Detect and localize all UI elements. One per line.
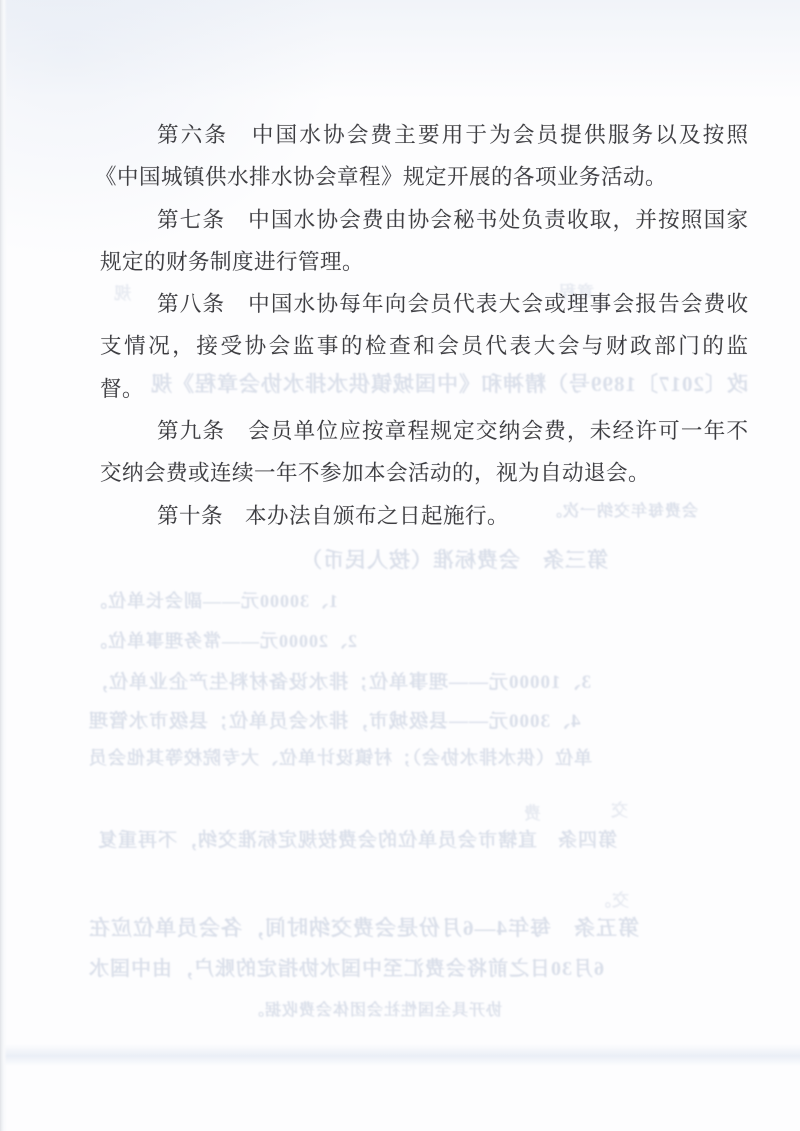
bleedthrough-text-line: 3、10000元——理事单位；排水设备材料生产企业单位， <box>88 667 591 694</box>
text-line: 《中国城镇供水排水协会章程》规定开展的各项业务活动。 <box>95 156 748 198</box>
bleedthrough-text-line: 单位（供水排水协会）；村镇设计单位、大专院校等其他会员 <box>88 744 592 770</box>
text-line: 交纳会费或连续一年不参加本会活动的，视为自动退会。 <box>100 452 748 494</box>
text-line: 第八条 中国水协每年向会员代表大会或理事会报告会费收 <box>100 283 748 325</box>
bleedthrough-text-line: 费 <box>523 799 541 824</box>
scanned-document-page: 规章程改〔2017〕1899号）精神和《中国城镇供水排水协会章程》规会费每年交纳… <box>0 0 800 1131</box>
bleedthrough-text-line: 第三条 会费标准（按人民币） <box>300 544 608 574</box>
text-line: 第六条 中国水协会费主要用于为会员提供服务以及按照 <box>100 114 748 156</box>
paragraph: 第十条 本办法自颁布之日起施行。 <box>100 495 748 537</box>
paragraph: 第九条 会员单位应按章程规定交纳会费，未经许可一年不交纳会费或连续一年不参加本会… <box>100 410 748 495</box>
text-line: 第十条 本办法自颁布之日起施行。 <box>100 495 748 537</box>
bleedthrough-text-line: 交。 <box>593 886 629 911</box>
scan-tint-bottom <box>0 1044 800 1066</box>
bleedthrough-text-line: 6月30日之前将会费汇至中国水协指定的账户，由中国水 <box>88 952 604 981</box>
bleedthrough-text-line: 4、3000元——县级城市，排水会员单位；县级市水管理 <box>88 706 581 733</box>
scan-edge-shadow <box>0 0 7 1131</box>
bleedthrough-text-line: 1、30000元——副会长单位。 <box>88 587 338 613</box>
bleedthrough-text-line: 第四条 直辖市会员单位的会费按规定标准交纳，不再重复 <box>97 825 617 852</box>
paragraph: 第八条 中国水协每年向会员代表大会或理事会报告会费收支情况，接受协会监事的检查和… <box>100 283 748 410</box>
text-line: 督。 <box>100 368 748 410</box>
text-line: 第七条 中国水协会费由协会秘书处负责收取，并按照国家 <box>100 199 748 241</box>
document-text-body: 第六条 中国水协会费主要用于为会员提供服务以及按照《中国城镇供水排水协会章程》规… <box>100 114 748 537</box>
text-line: 支情况，接受协会监事的检查和会员代表大会与财政部门的监 <box>100 325 748 367</box>
bleedthrough-text-line: 交 <box>610 796 628 821</box>
bleedthrough-text-line: 第五条 每年4—6月份是会费交纳时间，各会员单位应在 <box>88 912 639 942</box>
text-line: 第九条 会员单位应按章程规定交纳会费，未经许可一年不 <box>100 410 748 452</box>
bleedthrough-text-line: 协开具全国性社会团体会费收据。 <box>247 997 502 1020</box>
paragraph: 第六条 中国水协会费主要用于为会员提供服务以及按照《中国城镇供水排水协会章程》规… <box>100 114 748 199</box>
bleedthrough-text-line: 2、20000元——常务理事单位。 <box>88 627 357 653</box>
text-line: 规定的财务制度进行管理。 <box>100 241 748 283</box>
paragraph: 第七条 中国水协会费由协会秘书处负责收取，并按照国家规定的财务制度进行管理。 <box>100 199 748 284</box>
